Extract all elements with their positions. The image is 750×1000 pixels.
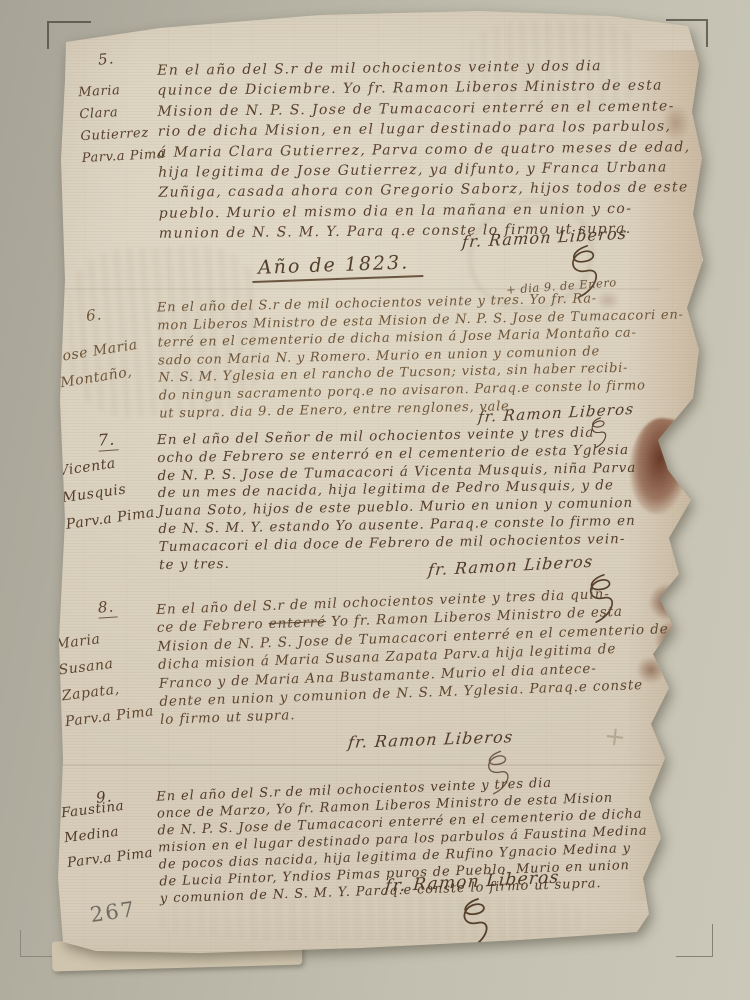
struck-word: enterré — [268, 614, 326, 632]
margin-name: Maria Susana Zapata, Parv.a Pima — [54, 621, 155, 735]
margin-name-line: Parv.a Pima — [81, 144, 166, 170]
margin-name: Vicenta Musquis Parv.a Pima — [57, 446, 157, 539]
entry-body: En el año del Señor de mil ochocientos v… — [157, 424, 638, 575]
entry-number: 6. — [85, 305, 103, 325]
manuscript-page: + 5. Maria Clara Gutierrez Parv.a Pima E… — [0, 0, 750, 1000]
entry-number: 8. — [97, 597, 118, 618]
entry-body: En el año del S.r de mil ochocientos vei… — [156, 583, 672, 730]
faint-cross-mark: + — [602, 721, 627, 753]
margin-name: Faustina Medina Parv.a Pima — [60, 791, 155, 876]
entry-number: 7. — [97, 429, 119, 451]
entry-number: 5. — [97, 49, 115, 68]
paper-wrap: + 5. Maria Clara Gutierrez Parv.a Pima E… — [0, 0, 750, 1000]
crease-line — [60, 764, 660, 766]
entry-body: En el año del S.r de mil ochocientos vei… — [157, 55, 691, 244]
photo-of-manuscript: { "heading": "Año de 1823.", "annotation… — [0, 0, 750, 1000]
rubric-flourish-icon — [452, 896, 496, 956]
entry-line-part: ce de Febrero — [157, 616, 269, 636]
margin-name: Maria Clara Gutierrez Parv.a Pima — [78, 78, 166, 170]
